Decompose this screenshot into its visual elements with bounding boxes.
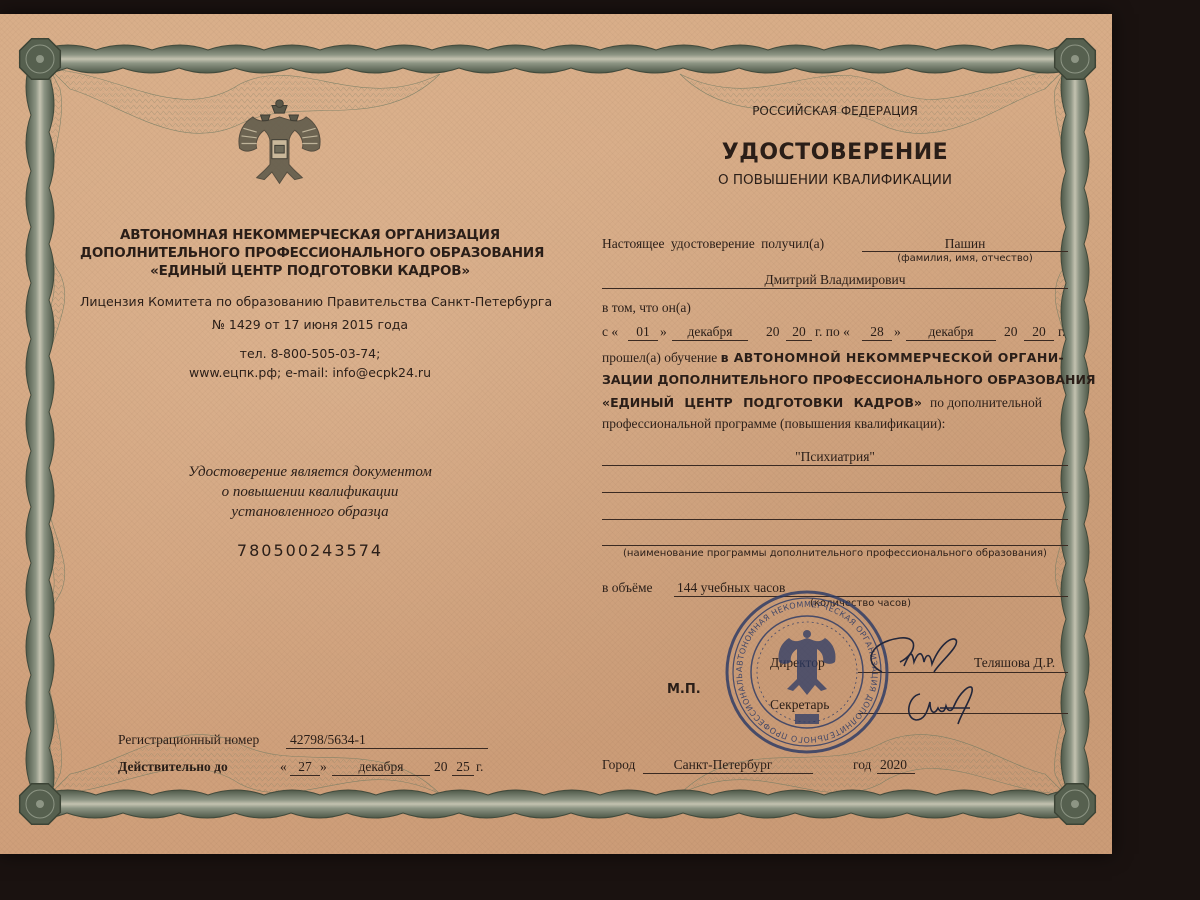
note-line-2: о повышении квалификации [150,482,470,502]
note-line-1: Удостоверение является документом [150,462,470,482]
director-name: Теляшова Д.Р. [974,655,1055,671]
received-label: Настоящее удостоверение получил(а) [602,236,824,252]
recipient-given-names: Дмитрий Владимирович [602,272,1068,288]
city-label: Город [602,757,635,773]
recipient-surname: Пашин [862,236,1068,252]
serial-number: 780500243574 [150,541,470,560]
city-underline [643,773,813,774]
valid-year-abbr: г. [476,759,483,775]
training-intro: прошел(а) обучение [602,350,717,365]
to-day-underline [862,340,892,341]
training-org-line-1: в АВТОНОМНОЙ НЕКОММЕРЧЕСКОЙ ОРГАНИ- [721,350,1064,365]
valid-year-suffix: 25 [452,759,474,775]
phone-number: тел. 8-800-505-03-74; [80,344,540,363]
program-name: "Психиатрия" [602,449,1068,465]
license-info: Лицензия Комитета по образованию Правите… [80,290,540,336]
from-quote-close: » [660,324,667,340]
to-year-prefix: 20 [1004,324,1018,340]
from-year-underline [786,340,812,341]
country-name: РОССИЙСКАЯ ФЕДЕРАЦИЯ [600,104,1070,118]
training-org-line-3-rest: по дополнительной [930,395,1042,410]
registration-label: Регистрационный номер [118,732,259,748]
to-year-underline [1024,340,1054,341]
from-day-underline [628,340,658,341]
program-underline-3 [602,519,1068,520]
name-hint: (фамилия, имя, отчество) [862,253,1068,264]
to-year-suffix: 20 [1024,324,1054,340]
from-year-suffix: 20 [786,324,812,340]
year-underline [877,773,915,774]
website-email: www.ецпк.рф; e-mail: info@ecpk24.ru [80,363,540,382]
org-name-line-1: АВТОНОМНАЯ НЕКОММЕРЧЕСКАЯ ОРГАНИЗАЦИЯ [80,226,540,244]
from-day: 01 [628,324,658,340]
given-names-underline [602,288,1068,289]
registration-number: 42798/5634-1 [290,732,366,748]
program-underline-1 [602,465,1068,466]
training-line-1: прошел(а) обучение в АВТОНОМНОЙ НЕКОММЕР… [602,350,1064,366]
training-line-4: профессиональной программе (повышения кв… [602,416,945,432]
valid-day: 27 [290,759,320,775]
valid-year-prefix: 20 [434,759,448,775]
document-subtitle: О ПОВЫШЕНИИ КВАЛИФИКАЦИИ [600,172,1070,188]
period-from-prefix: с « [602,324,618,340]
valid-until-label: Действительно до [118,759,228,775]
valid-quote-close: » [320,759,327,775]
valid-month-underline [332,775,430,776]
year-value: 2020 [880,757,907,773]
to-quote-close: » [894,324,901,340]
secretary-signature [900,682,980,728]
training-org-line-3: «ЕДИНЫЙ ЦЕНТР ПОДГОТОВКИ КАДРОВ» [602,395,922,410]
document-note: Удостоверение является документом о повы… [150,462,470,522]
valid-quote-open: « [280,759,287,775]
contact-info: тел. 8-800-505-03-74; www.ецпк.рф; e-mai… [80,344,540,382]
note-line-3: установленного образца [150,502,470,522]
volume-label: в объёме [602,580,653,596]
valid-year-underline [452,775,474,776]
from-month-underline [672,340,748,341]
that-label: в том, что он(а) [602,300,691,316]
valid-month: декабря [332,759,430,775]
registration-underline [286,748,488,749]
program-hint: (наименование программы дополнительного … [602,548,1068,559]
document-title: УДОСТОВЕРЕНИЕ [600,140,1070,165]
from-year-prefix: 20 [766,324,780,340]
program-underline-4 [602,545,1068,546]
training-line-3: «ЕДИНЫЙ ЦЕНТР ПОДГОТОВКИ КАДРОВ» по допо… [602,394,1042,412]
director-signature [860,632,970,684]
to-month-underline [906,340,996,341]
emblem-icon [232,96,327,191]
to-month: декабря [906,324,996,340]
org-name-line-3: «ЕДИНЫЙ ЦЕНТР ПОДГОТОВКИ КАДРОВ» [80,262,540,280]
org-name-line-2: ДОПОЛНИТЕЛЬНОГО ПРОФЕССИОНАЛЬНОГО ОБРАЗО… [80,244,540,262]
organization-name: АВТОНОМНАЯ НЕКОММЕРЧЕСКАЯ ОРГАНИЗАЦИЯ ДО… [80,226,540,280]
city-value: Санкт-Петербург [643,757,803,773]
to-day: 28 [862,324,892,340]
from-month: декабря [672,324,748,340]
to-year-abbr: г. [1058,324,1065,340]
period-to-prefix: г. по « [815,324,850,340]
license-line-2: № 1429 от 17 июня 2015 года [80,313,540,336]
stamp-place-label: М.П. [667,682,701,697]
year-label: год [853,757,871,773]
valid-day-underline [290,775,320,776]
license-line-1: Лицензия Комитета по образованию Правите… [80,290,540,313]
program-underline-2 [602,492,1068,493]
training-org-line-2: ЗАЦИИ ДОПОЛНИТЕЛЬНОГО ПРОФЕССИОНАЛЬНОГО … [602,372,1096,387]
